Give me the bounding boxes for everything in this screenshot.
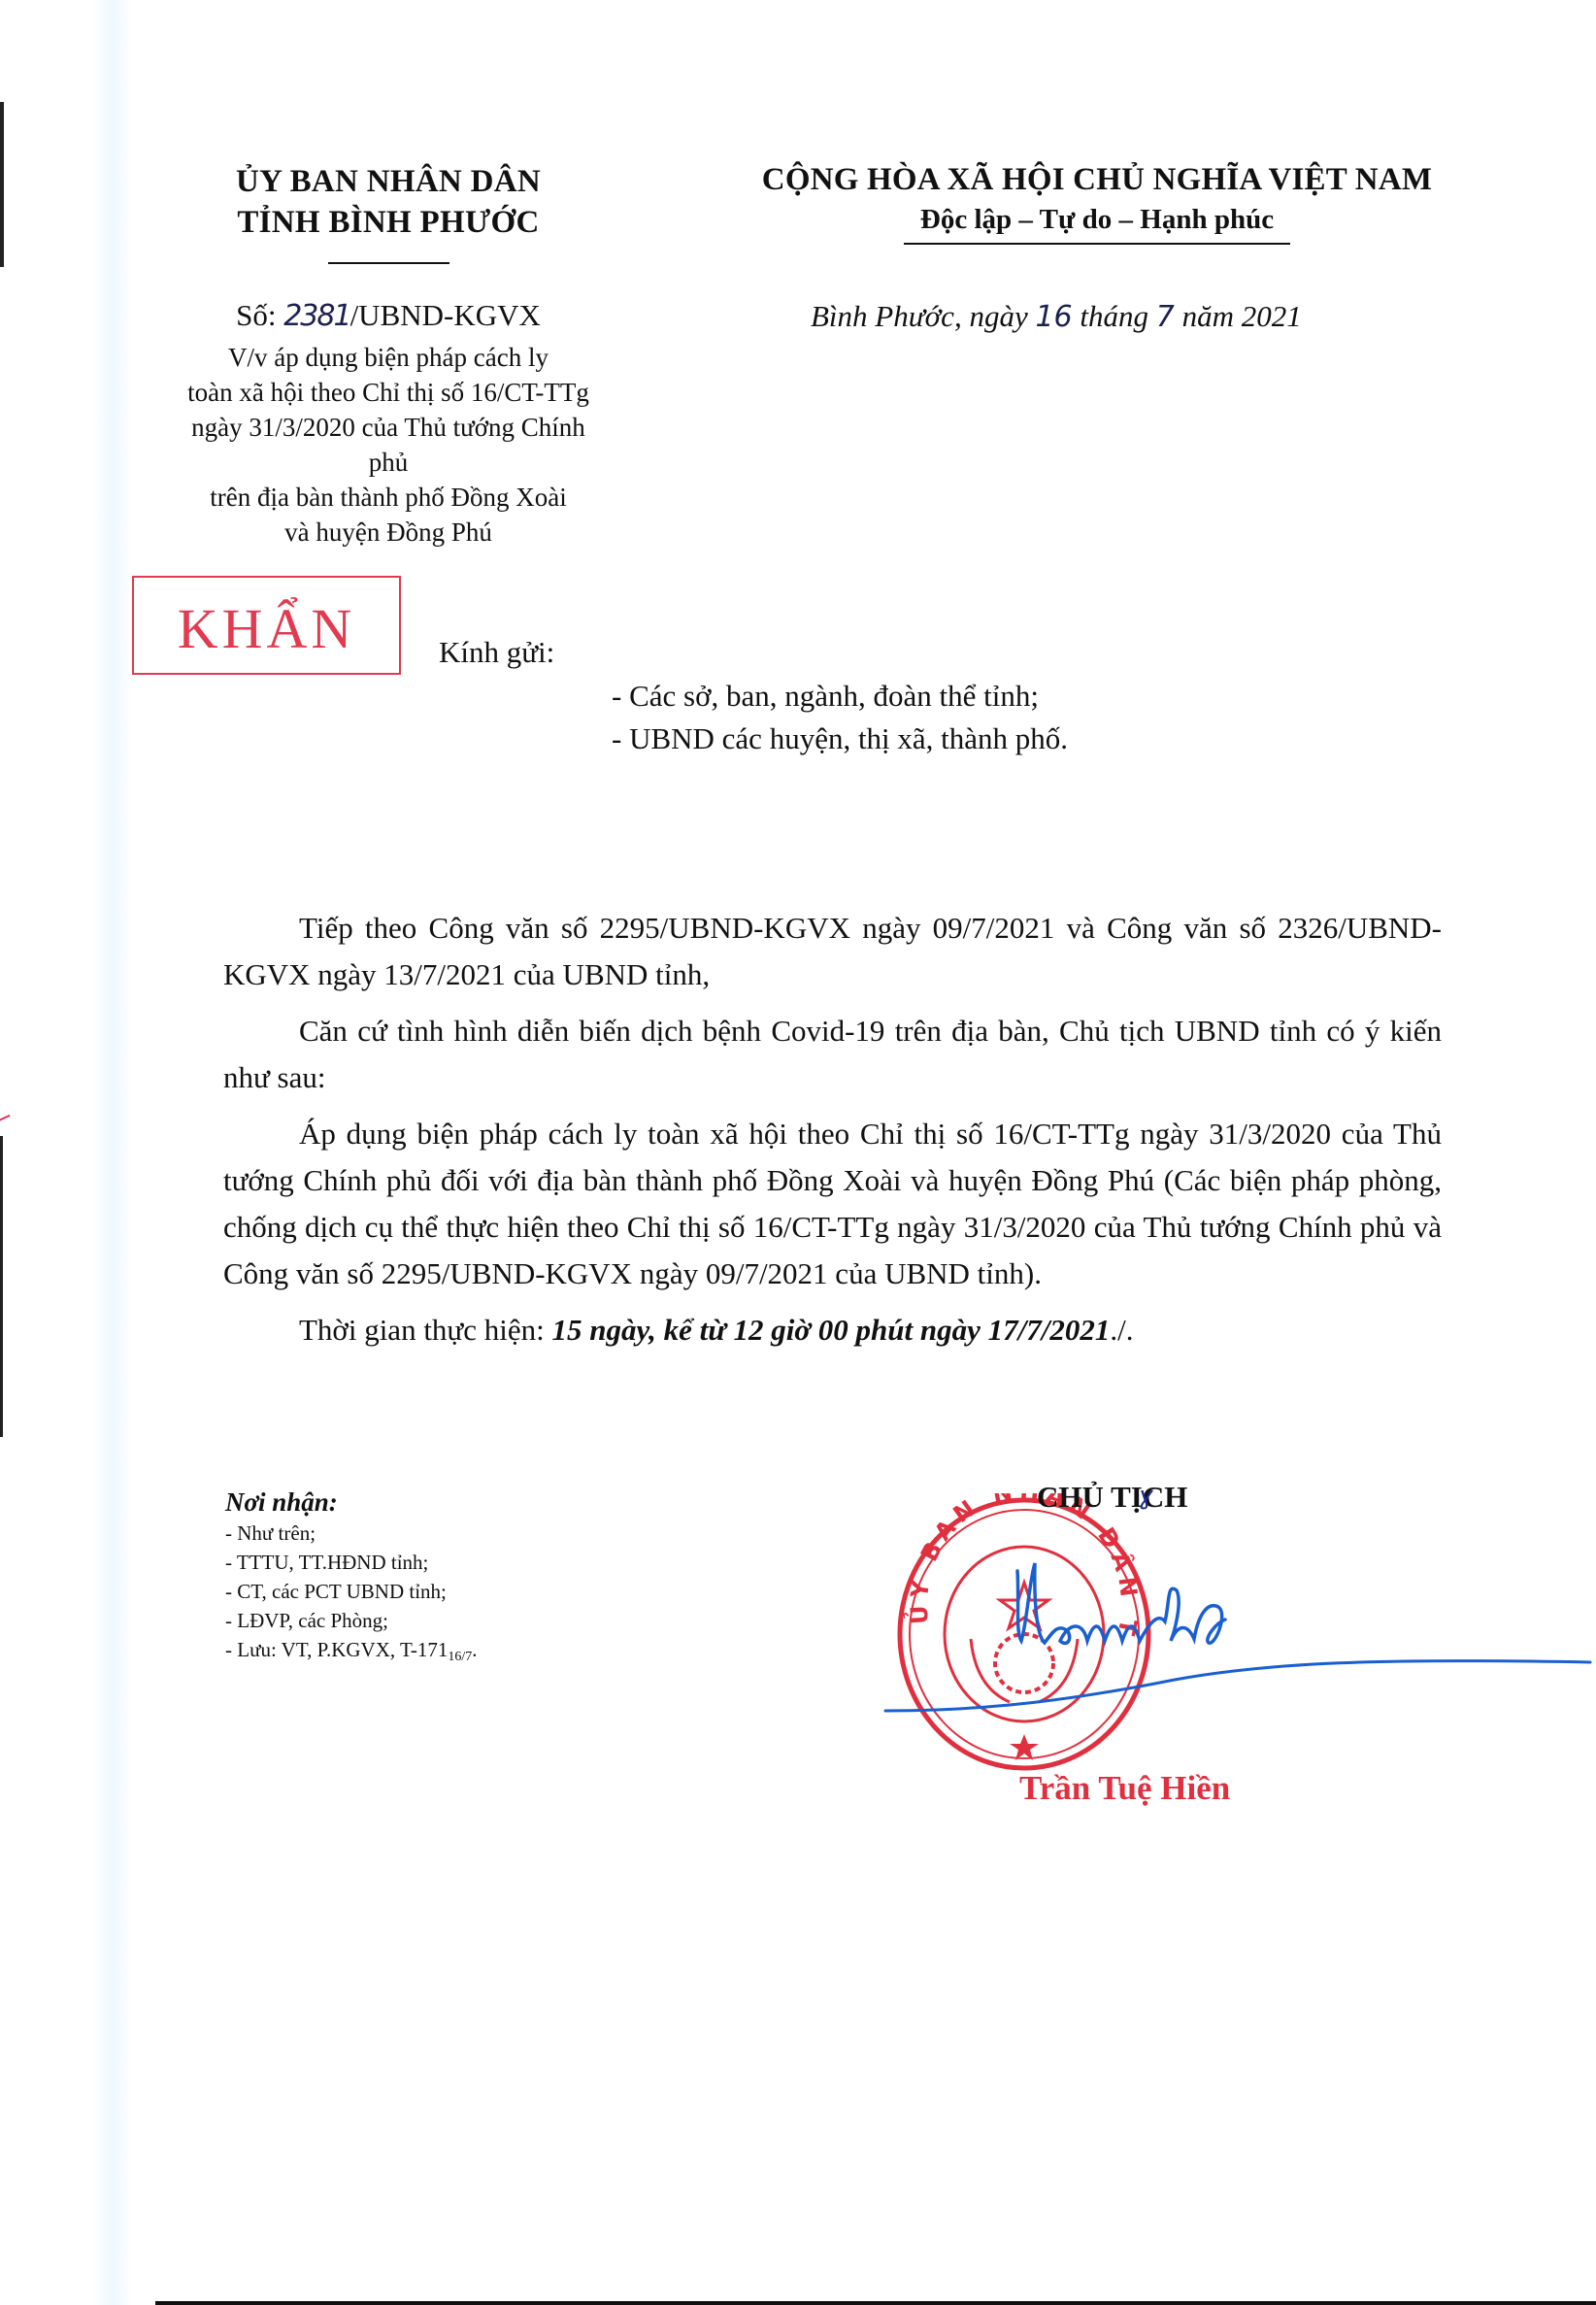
scan-edge-artifact bbox=[0, 102, 4, 267]
cc-item: - LĐVP, các Phòng; bbox=[225, 1606, 633, 1635]
cc-item: - CT, các PCT UBND tỉnh; bbox=[225, 1577, 633, 1606]
cc-archive: - Lưu: VT, P.KGVX, T-17116/7. bbox=[225, 1635, 633, 1672]
issuing-agency-block: ỦY BAN NHÂN DÂN TỈNH BÌNH PHƯỚC Số: 2381… bbox=[170, 161, 607, 550]
cc-label: Nơi nhận: bbox=[225, 1486, 633, 1519]
nation-title: CỘNG HÒA XÃ HỘI CHỦ NGHĨA VIỆT NAM bbox=[680, 159, 1514, 200]
subject-line: trên địa bàn thành phố Đồng Xoài bbox=[170, 480, 607, 515]
recipients-list: - Các sở, ban, ngành, đoàn thể tỉnh; - U… bbox=[612, 675, 1068, 760]
doc-number-handwritten: 2381 bbox=[283, 299, 349, 333]
handwritten-signature-icon bbox=[874, 1456, 1592, 1845]
place-date-line: Bình Phước, ngày 16 tháng 7 năm 2021 bbox=[811, 297, 1490, 337]
document-subject: V/v áp dụng biện pháp cách ly toàn xã hộ… bbox=[170, 340, 607, 550]
scan-edge-artifact bbox=[0, 1136, 3, 1437]
archive-subscript: 16/7 bbox=[448, 1650, 472, 1664]
recipients-label: Kính gửi: bbox=[439, 633, 554, 672]
timeframe-end: ./. bbox=[1110, 1313, 1133, 1347]
date-month-handwritten: 7 bbox=[1156, 300, 1175, 334]
archive-text: - Lưu: VT, P.KGVX, T-171 bbox=[225, 1638, 448, 1661]
date-prefix: Bình Phước, ngày bbox=[811, 299, 1035, 333]
doc-number-prefix: Số: bbox=[236, 298, 283, 332]
margin-mark bbox=[0, 1115, 13, 1126]
signer-name: Trần Tuệ Hiền bbox=[1019, 1769, 1230, 1808]
timeframe-value: 15 ngày, kể từ 12 giờ 00 phút ngày 17/7/… bbox=[551, 1313, 1110, 1347]
scan-shading bbox=[93, 0, 132, 2305]
recipient-item: - Các sở, ban, ngành, đoàn thể tỉnh; bbox=[612, 675, 1068, 718]
archive-end: . bbox=[472, 1638, 477, 1661]
agency-line-2: TỈNH BÌNH PHƯỚC bbox=[170, 202, 607, 243]
body-paragraph: Căn cứ tình hình diễn biến dịch bệnh Cov… bbox=[223, 1008, 1442, 1101]
agency-underline bbox=[328, 262, 449, 264]
body-paragraph: Áp dụng biện pháp cách ly toàn xã hội th… bbox=[223, 1111, 1442, 1297]
scan-bottom-edge bbox=[155, 2301, 1596, 2305]
timeframe-label: Thời gian thực hiện: bbox=[299, 1313, 551, 1347]
national-motto: Độc lập – Tự do – Hạnh phúc bbox=[680, 200, 1514, 239]
cc-block: Nơi nhận: - Như trên; - TTTU, TT.HĐND tỉ… bbox=[225, 1486, 633, 1672]
subject-line: toàn xã hội theo Chỉ thị số 16/CT-TTg bbox=[170, 375, 607, 410]
date-day-handwritten: 16 bbox=[1035, 300, 1072, 334]
subject-line: và huyện Đồng Phú bbox=[170, 515, 607, 550]
subject-line: V/v áp dụng biện pháp cách ly bbox=[170, 340, 607, 375]
document-body: Tiếp theo Công văn số 2295/UBND-KGVX ngà… bbox=[223, 905, 1442, 1365]
document-number: Số: 2381/UBND-KGVX bbox=[170, 296, 607, 336]
national-heading-block: CỘNG HÒA XÃ HỘI CHỦ NGHĨA VIỆT NAM Độc l… bbox=[680, 159, 1514, 245]
timeframe-paragraph: Thời gian thực hiện: 15 ngày, kể từ 12 g… bbox=[223, 1307, 1442, 1353]
doc-number-suffix: /UBND-KGVX bbox=[350, 298, 541, 332]
signature-block: ỦY BAN NHÂN DÂN TỈNH BÌNH PHƯỚC CHỦ TỊCH… bbox=[874, 1456, 1592, 1845]
cc-item: - TTTU, TT.HĐND tỉnh; bbox=[225, 1548, 633, 1577]
recipient-item: - UBND các huyện, thị xã, thành phố. bbox=[612, 718, 1068, 760]
urgent-stamp: KHẨN bbox=[132, 576, 401, 675]
body-paragraph: Tiếp theo Công văn số 2295/UBND-KGVX ngà… bbox=[223, 905, 1442, 998]
motto-underline bbox=[904, 243, 1290, 245]
cc-item: - Như trên; bbox=[225, 1519, 633, 1548]
date-year: năm 2021 bbox=[1175, 299, 1302, 333]
subject-line: ngày 31/3/2020 của Thủ tướng Chính phủ bbox=[170, 410, 607, 480]
agency-line-1: ỦY BAN NHÂN DÂN bbox=[170, 161, 607, 202]
date-month-label: tháng bbox=[1073, 299, 1156, 333]
